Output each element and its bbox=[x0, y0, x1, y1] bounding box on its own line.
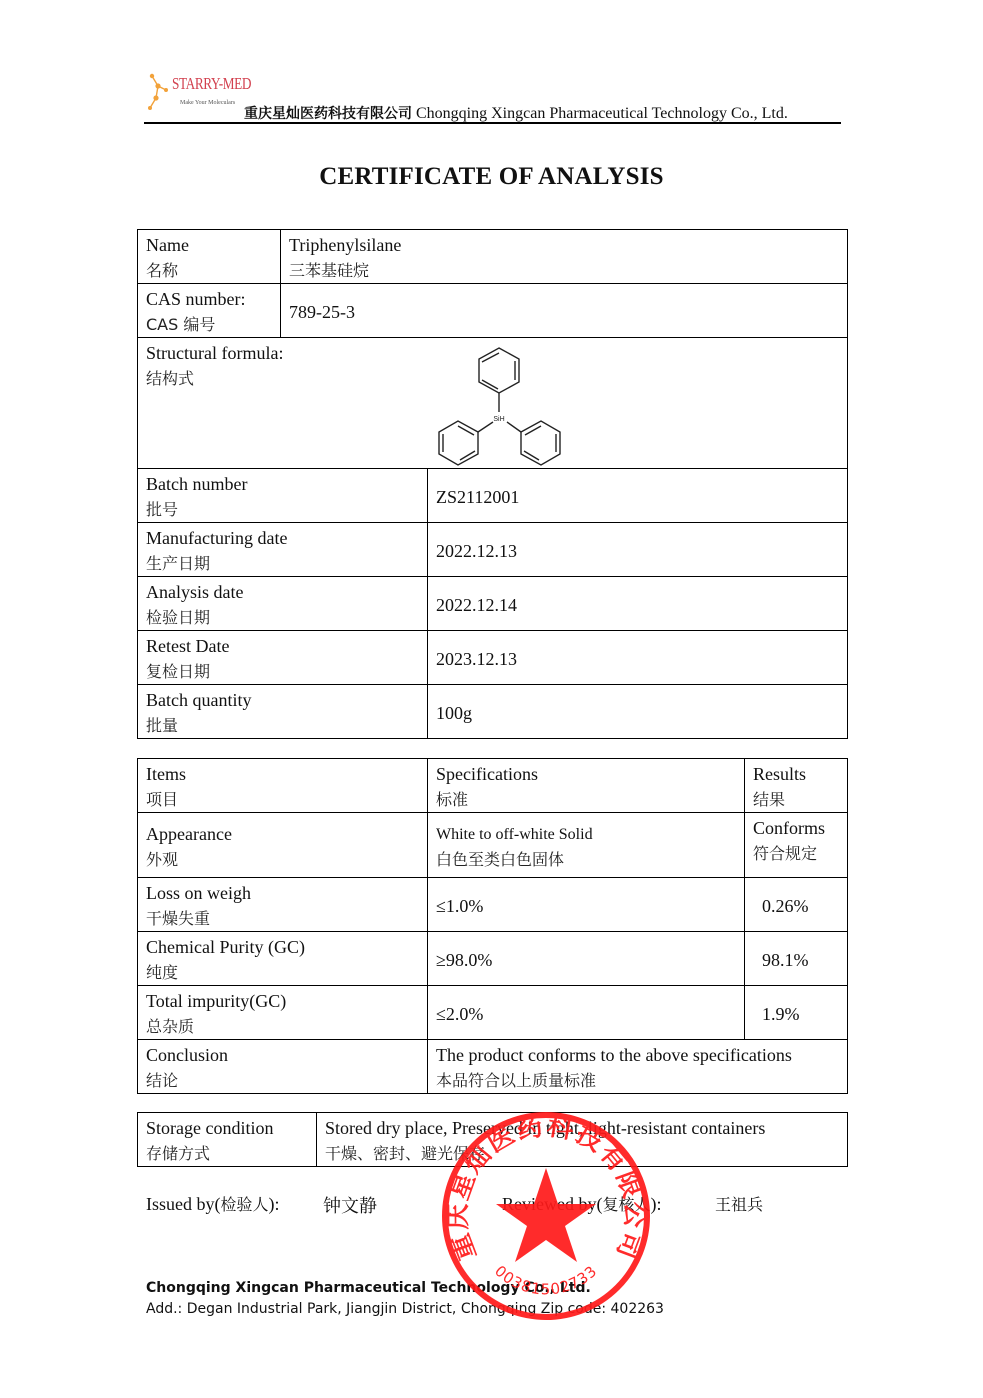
star-icon bbox=[496, 1168, 596, 1262]
batch-number-label: Batch number批号 bbox=[138, 469, 428, 523]
name-label: Name名称 bbox=[138, 230, 281, 284]
analysis-date-value: 2022.12.14 bbox=[428, 577, 848, 631]
manufacturing-date-label: Manufacturing date生产日期 bbox=[138, 523, 428, 577]
molecule-logo-icon bbox=[146, 70, 172, 116]
company-name-en: Chongqing Xingcan Pharmaceutical Technol… bbox=[416, 105, 788, 122]
name-value: Triphenylsilane三苯基硅烷 bbox=[281, 230, 848, 284]
issued-by-name: 钟文静 bbox=[323, 1192, 377, 1218]
logo-brand-text: STARRY-MED bbox=[172, 74, 251, 94]
item-chemical-purity: Chemical Purity (GC)纯度 bbox=[138, 932, 428, 986]
issued-by-label: Issued by(检验人): bbox=[146, 1192, 280, 1215]
storage-label: Storage condition存储方式 bbox=[138, 1113, 317, 1167]
table-row: Loss on weigh干燥失重 ≤1.0% 0.26% bbox=[138, 878, 848, 932]
item-loss-on-weigh: Loss on weigh干燥失重 bbox=[138, 878, 428, 932]
cas-value: 789-25-3 bbox=[281, 284, 848, 338]
batch-number-value: ZS2112001 bbox=[428, 469, 848, 523]
analysis-table: Items项目 Specifications标准 Results结果 Appea… bbox=[137, 758, 848, 1094]
column-header-specifications: Specifications标准 bbox=[428, 759, 745, 813]
logo-tagline: Make Your Moleculars bbox=[180, 100, 235, 106]
column-header-results: Results结果 bbox=[745, 759, 848, 813]
item-appearance: Appearance外观 bbox=[138, 813, 428, 878]
retest-date-label: Retest Date复检日期 bbox=[138, 631, 428, 685]
reviewed-by-name: 王祖兵 bbox=[715, 1192, 763, 1215]
batch-quantity-value: 100g bbox=[428, 685, 848, 739]
header-divider bbox=[144, 122, 841, 124]
result-total-impurity: 1.9% bbox=[745, 986, 848, 1040]
table-row: Storage condition存储方式 Stored dry place, … bbox=[138, 1113, 848, 1167]
spec-loss-on-weigh: ≤1.0% bbox=[428, 878, 745, 932]
header-company-name: 重庆星灿医药科技有限公司 Chongqing Xingcan Pharmaceu… bbox=[244, 103, 788, 123]
company-name-cn: 重庆星灿医药科技有限公司 bbox=[244, 106, 412, 122]
retest-date-value: 2023.12.13 bbox=[428, 631, 848, 685]
company-logo: STARRY-MED Make Your Moleculars bbox=[146, 70, 244, 116]
table-row: Batch number批号 ZS2112001 bbox=[138, 469, 848, 523]
triphenylsilane-structure-diagram: SiH bbox=[435, 344, 565, 466]
structure-cell: Structural formula: 结构式 SiH bbox=[138, 338, 848, 469]
result-chemical-purity: 98.1% bbox=[745, 932, 848, 986]
spec-appearance: White to off-white Solid白色至类白色固体 bbox=[428, 813, 745, 878]
item-total-impurity: Total impurity(GC)总杂质 bbox=[138, 986, 428, 1040]
table-row: CAS number:CAS 编号 789-25-3 bbox=[138, 284, 848, 338]
table-row: Manufacturing date生产日期 2022.12.13 bbox=[138, 523, 848, 577]
reviewed-by-label: Reviewed by(复核人): bbox=[502, 1192, 661, 1215]
batch-quantity-label: Batch quantity批量 bbox=[138, 685, 428, 739]
storage-value: Stored dry place, Preserved in tight, li… bbox=[317, 1113, 848, 1167]
table-row: Chemical Purity (GC)纯度 ≥98.0% 98.1% bbox=[138, 932, 848, 986]
table-row: Batch quantity批量 100g bbox=[138, 685, 848, 739]
page-title: CERTIFICATE OF ANALYSIS bbox=[0, 163, 983, 191]
table-row: Retest Date复检日期 2023.12.13 bbox=[138, 631, 848, 685]
conclusion-value: The product conforms to the above specif… bbox=[428, 1040, 848, 1094]
spec-total-impurity: ≤2.0% bbox=[428, 986, 745, 1040]
column-header-items: Items项目 bbox=[138, 759, 428, 813]
table-row: Total impurity(GC)总杂质 ≤2.0% 1.9% bbox=[138, 986, 848, 1040]
table-row: Analysis date检验日期 2022.12.14 bbox=[138, 577, 848, 631]
table-header-row: Items项目 Specifications标准 Results结果 bbox=[138, 759, 848, 813]
result-loss-on-weigh: 0.26% bbox=[745, 878, 848, 932]
svg-text:SiH: SiH bbox=[493, 416, 504, 423]
storage-table: Storage condition存储方式 Stored dry place, … bbox=[137, 1112, 848, 1167]
analysis-date-label: Analysis date检验日期 bbox=[138, 577, 428, 631]
table-row: Name名称 Triphenylsilane三苯基硅烷 bbox=[138, 230, 848, 284]
table-row: Conclusion结论 The product conforms to the… bbox=[138, 1040, 848, 1094]
table-row: Appearance外观 White to off-white Solid白色至… bbox=[138, 813, 848, 878]
product-info-table: Name名称 Triphenylsilane三苯基硅烷 CAS number:C… bbox=[137, 229, 848, 739]
cas-label: CAS number:CAS 编号 bbox=[138, 284, 281, 338]
spec-chemical-purity: ≥98.0% bbox=[428, 932, 745, 986]
footer-company: Chongqing Xingcan Pharmaceutical Technol… bbox=[146, 1280, 591, 1296]
table-row: Structural formula: 结构式 SiH bbox=[138, 338, 848, 469]
footer-address: Add.: Degan Industrial Park, Jiangjin Di… bbox=[146, 1301, 664, 1317]
manufacturing-date-value: 2022.12.13 bbox=[428, 523, 848, 577]
result-appearance: Conforms符合规定 bbox=[745, 813, 848, 878]
conclusion-label: Conclusion结论 bbox=[138, 1040, 428, 1094]
